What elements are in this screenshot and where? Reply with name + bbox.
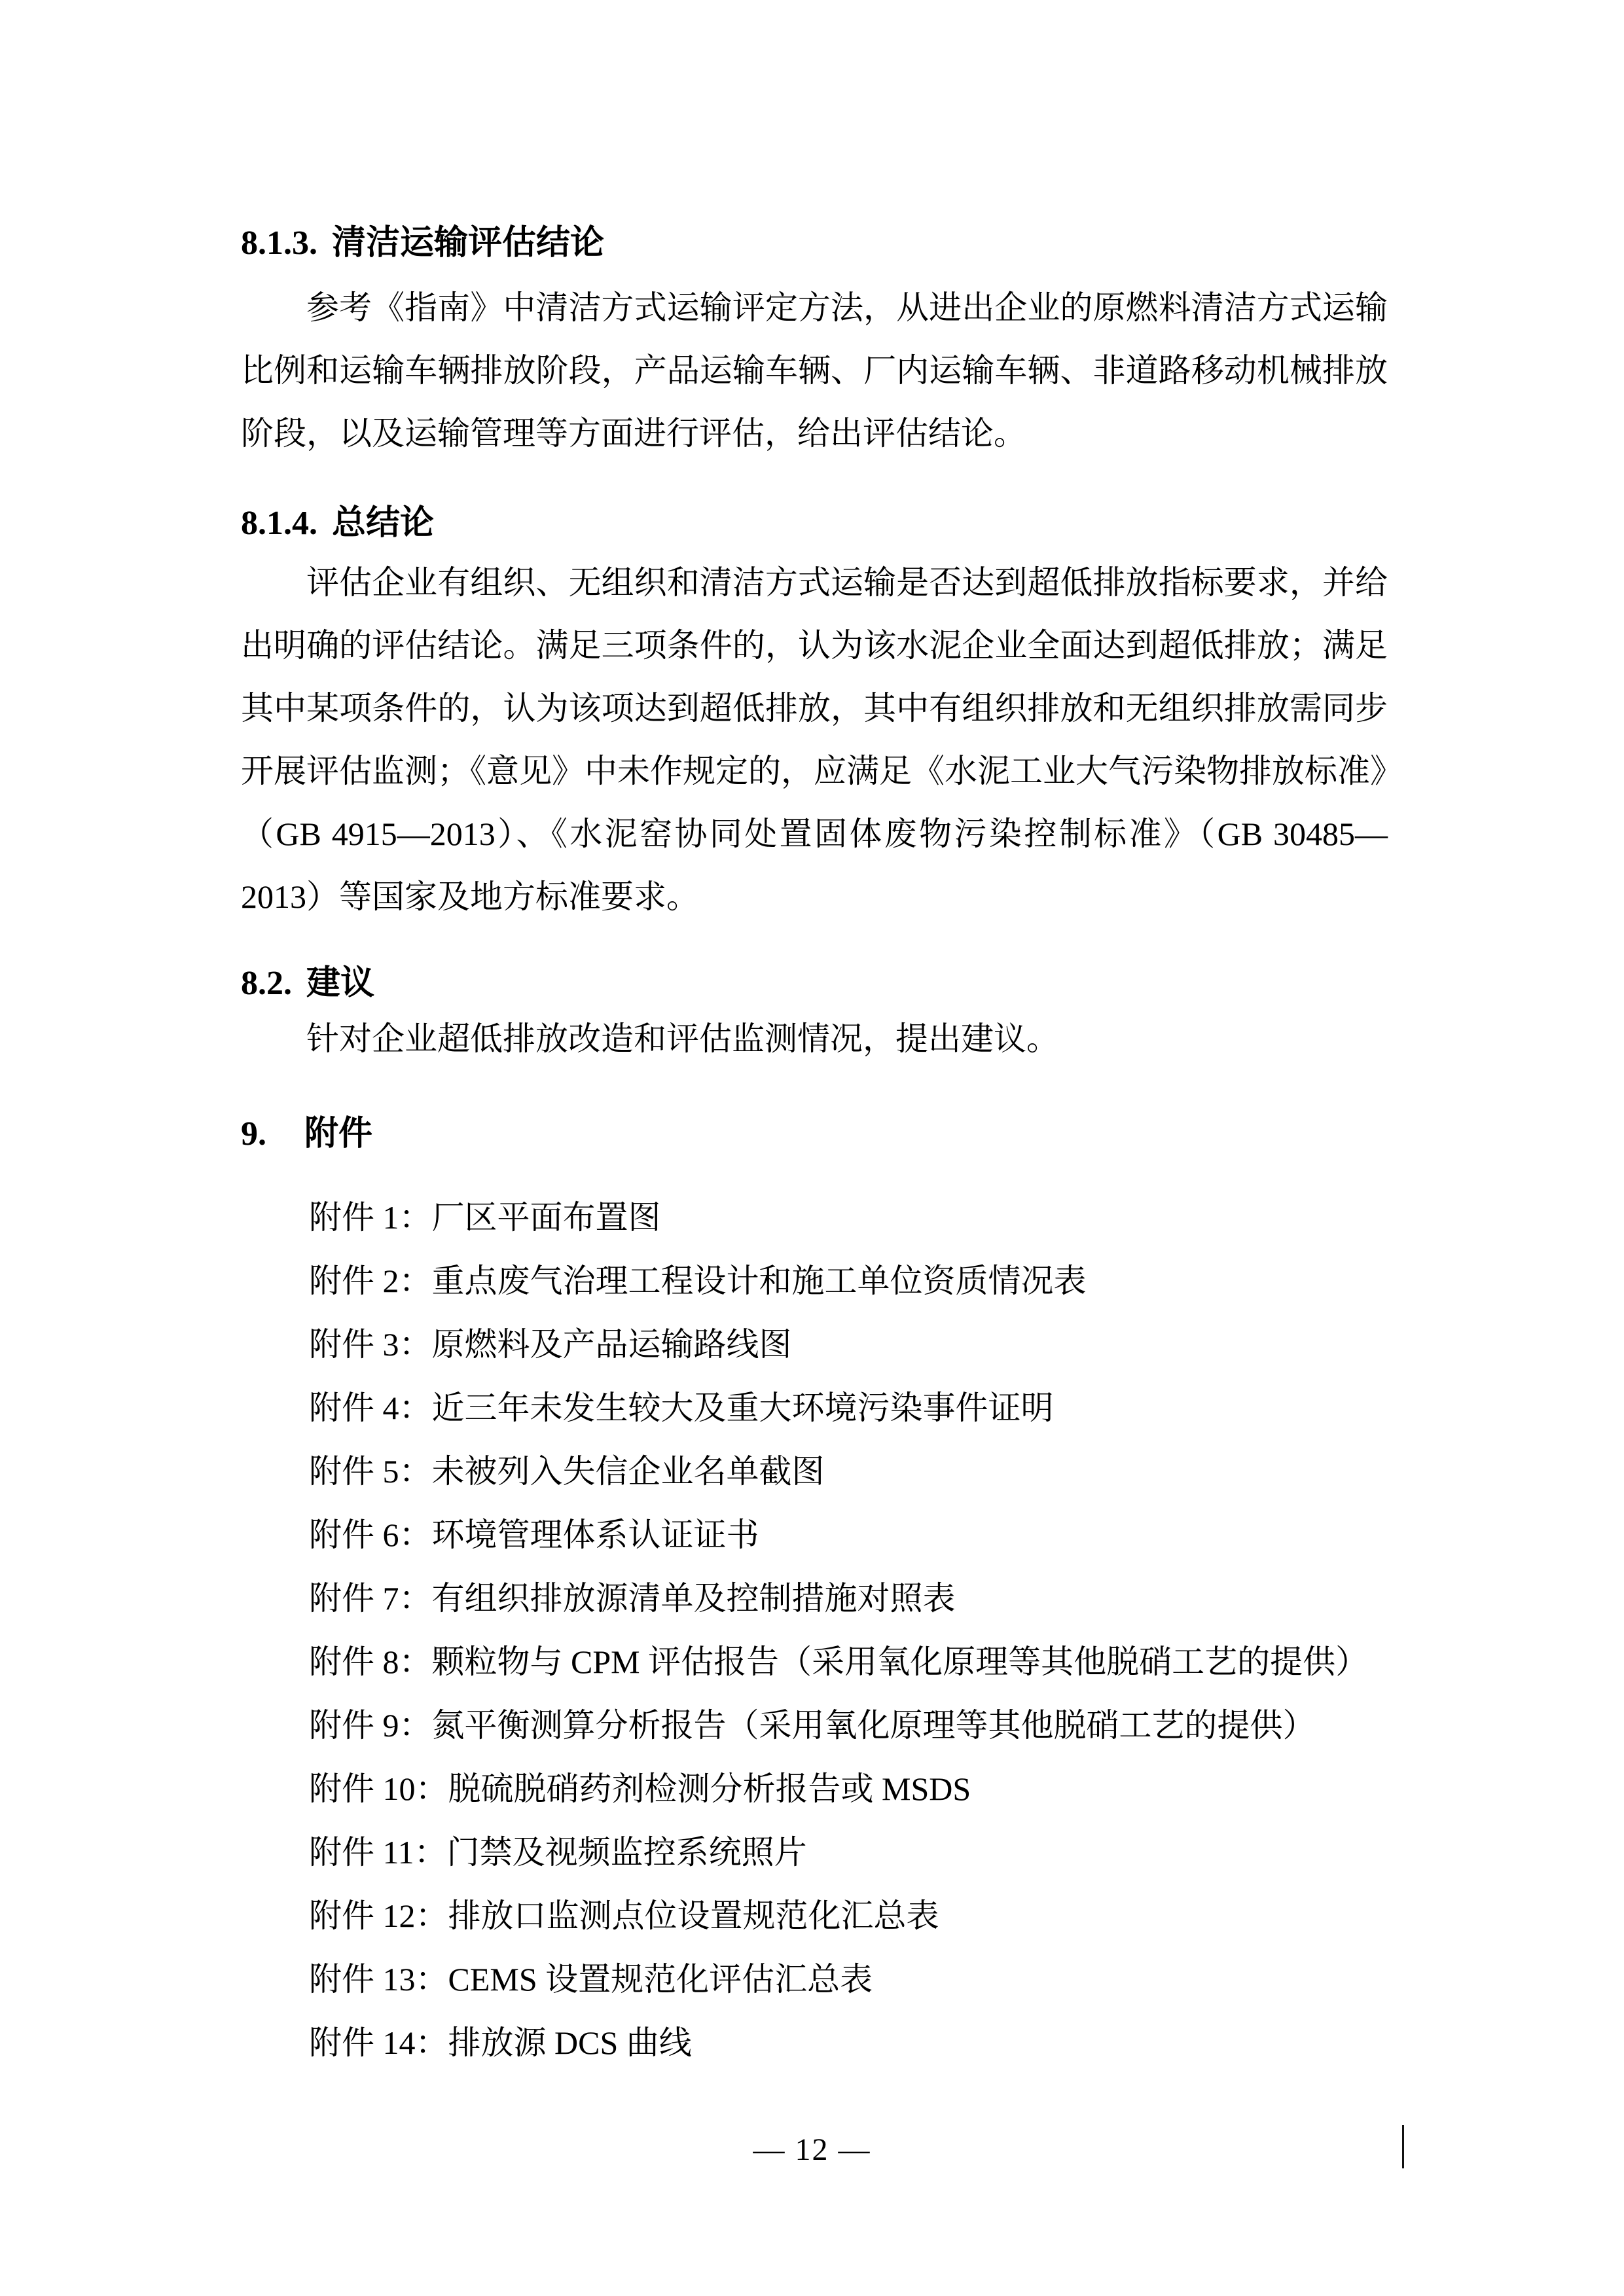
attachment-item: 附件 10：脱硫脱硝药剂检测分析报告或 MSDS [241, 1757, 1388, 1821]
paragraph-line: （GB 4915—2013）、《水泥窑协同处置固体废物污染控制标准》（GB 30… [241, 802, 1388, 865]
section-heading: 9.附件 [241, 1113, 1388, 1155]
paragraph-line: 2013）等国家及地方标准要求。 [241, 865, 1388, 928]
page-number: — 12 — [753, 2132, 871, 2167]
attachment-item: 附件 14：排放源 DCS 曲线 [241, 2011, 1388, 2075]
section-heading: 8.2.建议 [241, 963, 1388, 1005]
attachment-item: 附件 3：原燃料及产品运输路线图 [241, 1313, 1388, 1376]
paragraph-line: 比例和运输车辆排放阶段，产品运输车辆、厂内运输车辆、非道路移动机械排放 [241, 339, 1388, 402]
attachment-item: 附件 6：环境管理体系认证证书 [241, 1503, 1388, 1567]
document-content: 8.1.3.清洁运输评估结论参考《指南》中清洁方式运输评定方法，从进出企业的原燃… [241, 0, 1388, 2075]
attachment-item: 附件 2：重点废气治理工程设计和施工单位资质情况表 [241, 1249, 1388, 1313]
paragraph: 参考《指南》中清洁方式运输评定方法，从进出企业的原燃料清洁方式运输比例和运输车辆… [241, 276, 1388, 465]
section-title: 建议 [306, 965, 374, 1002]
attachment-item: 附件 12：排放口监测点位设置规范化汇总表 [241, 1884, 1388, 1948]
paragraph-line: 阶段，以及运输管理等方面进行评估，给出评估结论。 [241, 402, 1388, 465]
attachment-item: 附件 13：CEMS 设置规范化评估汇总表 [241, 1948, 1388, 2011]
section-number: 8.1.3. [241, 224, 317, 262]
attachment-item: 附件 7：有组织排放源清单及控制措施对照表 [241, 1567, 1388, 1630]
section-number: 8.2. [241, 965, 292, 1002]
attachment-item: 附件 8：颗粒物与 CPM 评估报告（采用氧化原理等其他脱硝工艺的提供） [241, 1630, 1388, 1694]
section-title: 清洁运输评估结论 [332, 224, 604, 262]
paragraph-line: 针对企业超低排放改造和评估监测情况，提出建议。 [241, 1007, 1388, 1070]
section-heading: 8.1.3.清洁运输评估结论 [241, 223, 1388, 264]
paragraph-line: 其中某项条件的，认为该项达到超低排放，其中有组织排放和无组织排放需同步 [241, 677, 1388, 740]
attachment-list: 附件 1：厂区平面布置图附件 2：重点废气治理工程设计和施工单位资质情况表附件 … [241, 1186, 1388, 2075]
section-number: 9. [241, 1115, 266, 1153]
attachment-item: 附件 5：未被列入失信企业名单截图 [241, 1440, 1388, 1503]
attachment-item: 附件 4：近三年未发生较大及重大环境污染事件证明 [241, 1376, 1388, 1440]
paragraph: 评估企业有组织、无组织和清洁方式运输是否达到超低排放指标要求，并给出明确的评估结… [241, 551, 1388, 928]
section-title: 附件 [304, 1115, 372, 1153]
margin-tick-mark [1402, 2125, 1404, 2168]
paragraph-line: 出明确的评估结论。满足三项条件的，认为该水泥企业全面达到超低排放；满足 [241, 614, 1388, 677]
attachment-item: 附件 1：厂区平面布置图 [241, 1186, 1388, 1249]
paragraph-line: 开展评估监测；《意见》中未作规定的，应满足《水泥工业大气污染物排放标准》 [241, 740, 1388, 802]
document-page: 8.1.3.清洁运输评估结论参考《指南》中清洁方式运输评定方法，从进出企业的原燃… [0, 0, 1624, 2296]
page-footer: — 12 — [0, 2130, 1624, 2170]
paragraph-line: 评估企业有组织、无组织和清洁方式运输是否达到超低排放指标要求，并给 [241, 551, 1388, 614]
section-number: 8.1.4. [241, 505, 317, 542]
paragraph: 针对企业超低排放改造和评估监测情况，提出建议。 [241, 1007, 1388, 1070]
attachment-item: 附件 9：氮平衡测算分析报告（采用氧化原理等其他脱硝工艺的提供） [241, 1694, 1388, 1757]
section-heading: 8.1.4.总结论 [241, 503, 1388, 545]
paragraph-line: 参考《指南》中清洁方式运输评定方法，从进出企业的原燃料清洁方式运输 [241, 276, 1388, 339]
section-title: 总结论 [332, 505, 434, 542]
attachment-item: 附件 11：门禁及视频监控系统照片 [241, 1821, 1388, 1884]
